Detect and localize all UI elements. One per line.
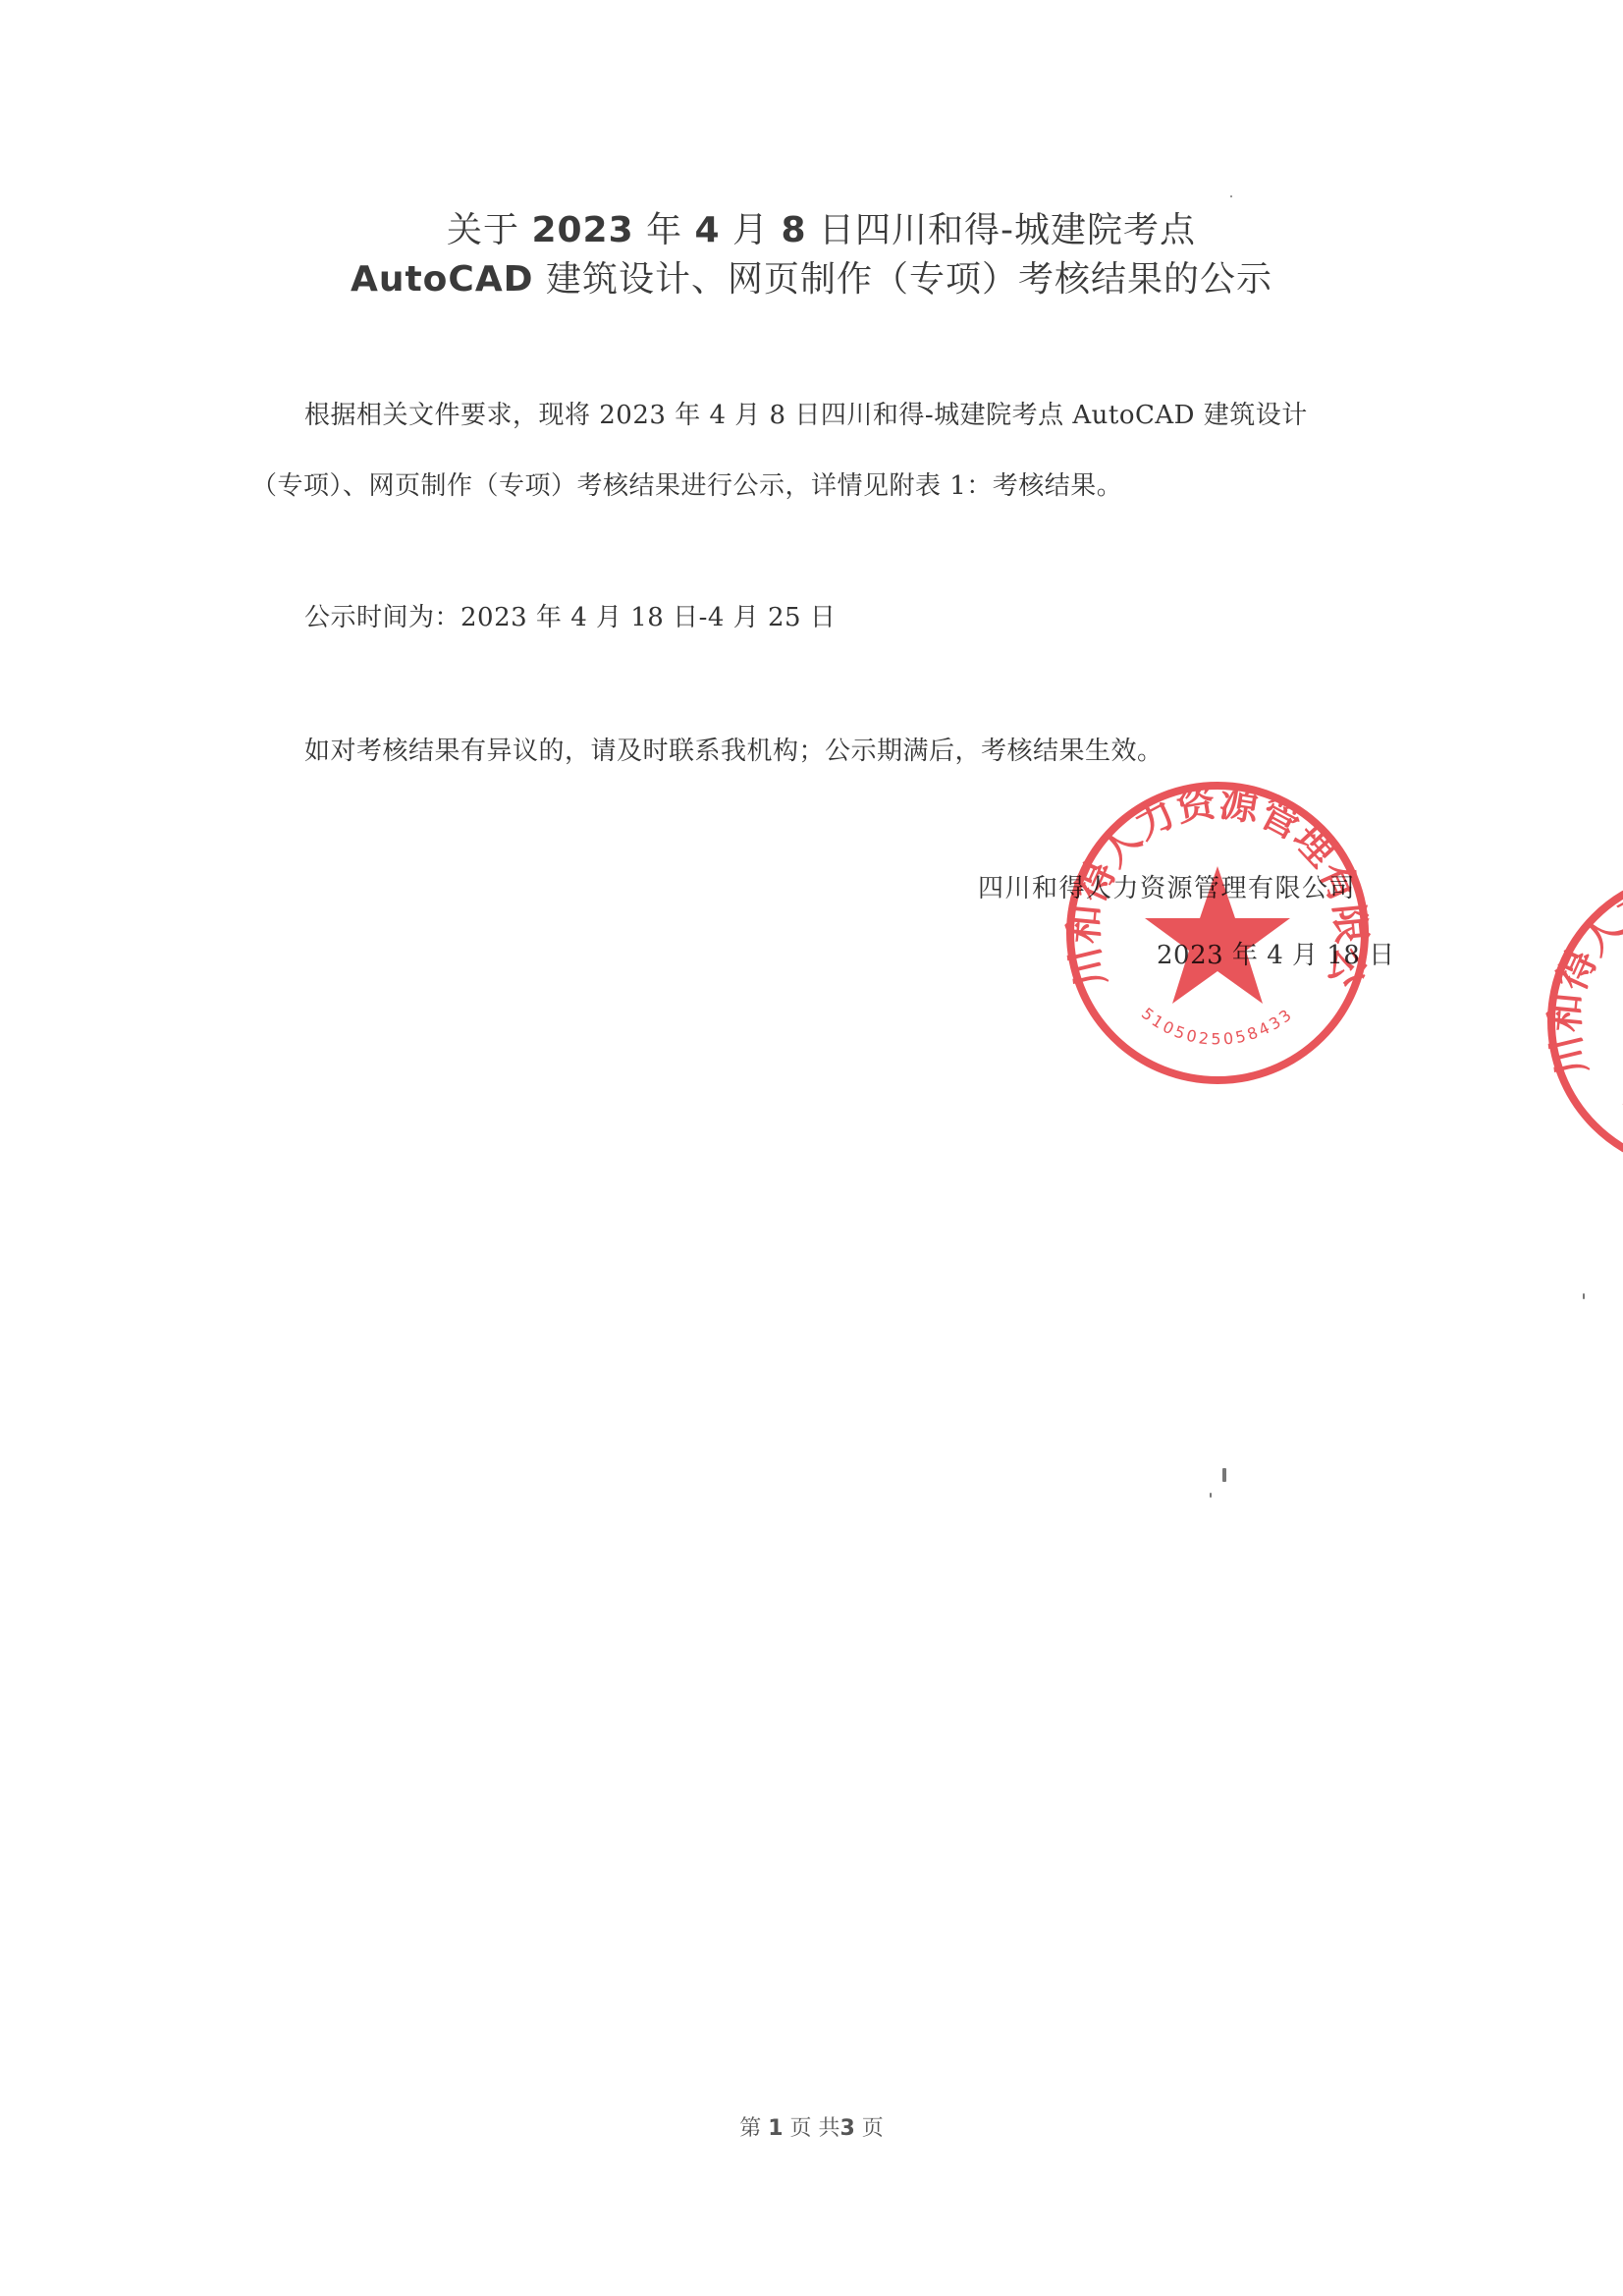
stamp-code-text: 5105025058433 [1138,1004,1297,1048]
svg-text:四川和得人力资源管理有限公司: 四川和得人力资源管理有限公司 [1542,864,1623,1080]
scan-speck [1210,1493,1212,1498]
svg-text:5105025058433: 5105025058433 [1619,1092,1623,1136]
scan-speck [1222,1468,1226,1482]
svg-text:5105025058433: 5105025058433 [1138,1004,1297,1048]
body-paragraph-1-line-2: （专项）、网页制作（专项）考核结果进行公示，详情见附表 1：考核结果。 [251,465,1122,502]
title-year: 2023 [531,210,633,250]
title-text: 月 [721,210,782,250]
title-text: 关于 [447,210,531,250]
title-day: 8 [782,210,807,250]
footer-text: 页 [855,2116,884,2141]
body-paragraph-objection-notice: 如对考核结果有异议的，请及时联系我机构；公示期满后，考核结果生效。 [304,731,1163,767]
stamp-arc-text: 四川和得人力资源管理有限公司 [1542,864,1623,1080]
title-text: 日四川和得-城建院考点 [807,210,1196,250]
footer-text: 页 共 [784,2116,840,2141]
official-seal-partial-icon: 四川和得人力资源管理有限公司 5105025058433 [1542,864,1623,1178]
page-footer: 第 1 页 共3 页 [0,2111,1623,2142]
scan-speck [1583,1293,1585,1299]
signature-date: 2023 年 4 月 18 日 [1157,935,1395,971]
title-software: AutoCAD [351,259,534,300]
document-title-line-1: 关于 2023 年 4 月 8 日四川和得-城建院考点 [10,202,1623,252]
footer-text: 第 [739,2116,768,2141]
official-seal-icon: 四川和得人力资源管理有限公司 5105025058433 [1060,776,1375,1090]
signature-organization: 四川和得人力资源管理有限公司 [978,868,1356,904]
title-text: 年 [634,210,695,250]
title-text: 建筑设计、网页制作（专项）考核结果的公示 [534,259,1272,300]
body-paragraph-1-line-1: 根据相关文件要求，现将 2023 年 4 月 8 日四川和得-城建院考点 Aut… [304,395,1308,431]
stamp-code-text: 5105025058433 [1619,1092,1623,1136]
body-paragraph-publicity-period: 公示时间为：2023 年 4 月 18 日-4 月 25 日 [304,597,836,633]
document-title-line-2: AutoCAD 建筑设计、网页制作（专项）考核结果的公示 [0,251,1623,301]
scan-speck [1230,195,1232,197]
title-month: 4 [695,210,721,250]
total-page-count: 3 [840,2116,855,2141]
current-page-number: 1 [768,2116,783,2141]
